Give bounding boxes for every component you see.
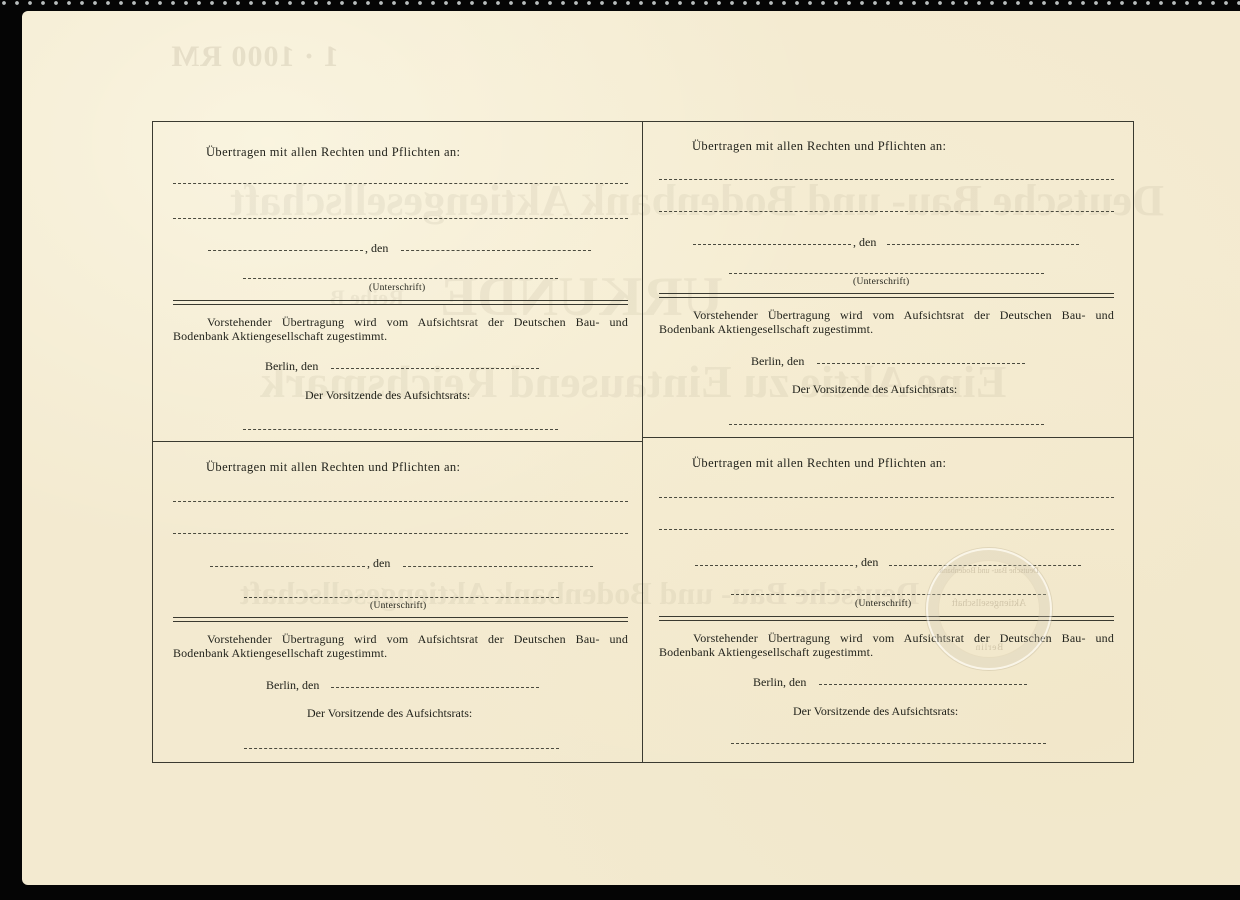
double-rule-divider [659, 293, 1114, 298]
signature-line[interactable] [243, 278, 558, 279]
approval-text: Vorstehender Übertragung wird vom Aufsic… [659, 308, 1114, 336]
den-label: , den [367, 556, 390, 571]
approval-text: Vorstehender Übertragung wird vom Aufsic… [173, 315, 628, 343]
chair-label: Der Vorsitzende des Aufsichtsrats: [792, 382, 957, 397]
chair-signature-line[interactable] [729, 424, 1044, 425]
transferee-line-1[interactable] [659, 497, 1114, 498]
transfer-heading: Übertragen mit allen Rechten und Pflicht… [692, 456, 946, 471]
transferee-line-2[interactable] [659, 211, 1114, 212]
double-rule-divider [659, 616, 1114, 621]
berlin-date-label: Berlin, den [266, 678, 319, 693]
place-line[interactable] [695, 565, 853, 566]
date-line[interactable] [401, 250, 591, 251]
date-line[interactable] [887, 244, 1079, 245]
place-line[interactable] [210, 566, 365, 567]
double-rule-divider [173, 617, 628, 622]
signature-line[interactable] [731, 594, 1046, 595]
approval-text: Vorstehender Übertragung wird vom Aufsic… [173, 632, 628, 660]
date-line[interactable] [403, 566, 593, 567]
den-label: , den [365, 241, 388, 256]
chair-signature-line[interactable] [244, 748, 559, 749]
berlin-date-label: Berlin, den [753, 675, 806, 690]
transfer-panel-bottom-right: Übertragen mit allen Rechten und Pflicht… [643, 438, 1133, 762]
transfer-panel-top-left: Übertragen mit allen Rechten und Pflicht… [153, 122, 643, 442]
transferee-line-2[interactable] [173, 218, 628, 219]
chair-label: Der Vorsitzende des Aufsichtsrats: [793, 704, 958, 719]
chair-signature-line[interactable] [243, 429, 558, 430]
approval-date-line[interactable] [331, 687, 539, 688]
transfer-form-grid: Übertragen mit allen Rechten und Pflicht… [152, 121, 1134, 763]
signature-line[interactable] [729, 273, 1044, 274]
approval-text: Vorstehender Übertragung wird vom Aufsic… [659, 631, 1114, 659]
chair-label: Der Vorsitzende des Aufsichtsrats: [307, 706, 472, 721]
scanner-edge-perforation [0, 0, 1240, 8]
transfer-heading: Übertragen mit allen Rechten und Pflicht… [206, 460, 460, 475]
approval-date-line[interactable] [817, 363, 1025, 364]
transfer-heading: Übertragen mit allen Rechten und Pflicht… [206, 145, 460, 160]
den-label: , den [853, 235, 876, 250]
approval-date-line[interactable] [331, 368, 539, 369]
transferee-line-2[interactable] [173, 533, 628, 534]
transferee-line-2[interactable] [659, 529, 1114, 530]
transferee-line-1[interactable] [173, 183, 628, 184]
scan-background: 1 · 1000 RM Deutsche Bau- und Bodenbank … [0, 0, 1240, 900]
place-line[interactable] [693, 244, 851, 245]
transfer-panel-top-right: Übertragen mit allen Rechten und Pflicht… [643, 122, 1133, 438]
approval-date-line[interactable] [819, 684, 1027, 685]
transferee-line-1[interactable] [659, 179, 1114, 180]
transferee-line-1[interactable] [173, 501, 628, 502]
place-line[interactable] [208, 250, 363, 251]
signature-caption: (Unterschrift) [370, 601, 426, 611]
chair-label: Der Vorsitzende des Aufsichtsrats: [305, 388, 470, 403]
signature-caption: (Unterschrift) [369, 283, 425, 293]
berlin-date-label: Berlin, den [265, 359, 318, 374]
signature-caption: (Unterschrift) [853, 277, 909, 287]
transfer-heading: Übertragen mit allen Rechten und Pflicht… [692, 139, 946, 154]
chair-signature-line[interactable] [731, 743, 1046, 744]
date-line[interactable] [889, 565, 1081, 566]
berlin-date-label: Berlin, den [751, 354, 804, 369]
signature-caption: (Unterschrift) [855, 599, 911, 609]
double-rule-divider [173, 300, 628, 305]
transfer-panel-bottom-left: Übertragen mit allen Rechten und Pflicht… [153, 442, 643, 762]
signature-line[interactable] [244, 597, 559, 598]
den-label: , den [855, 555, 878, 570]
